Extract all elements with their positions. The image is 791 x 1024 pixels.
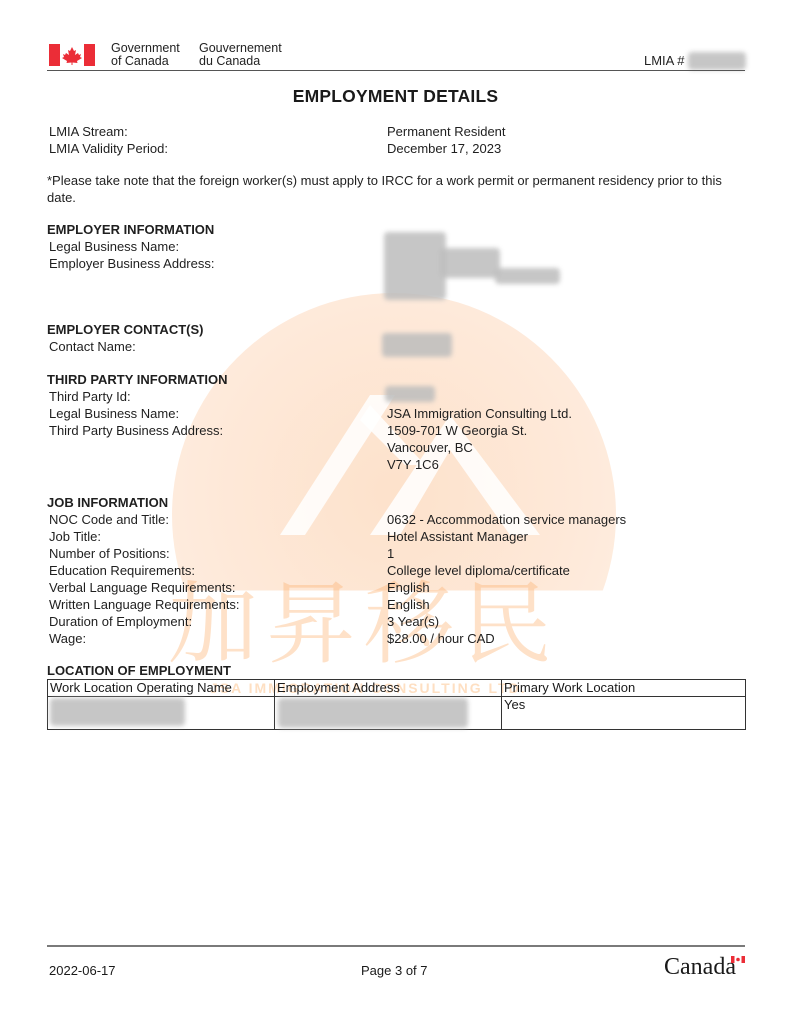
employer-address-label: Employer Business Address: — [49, 255, 214, 272]
job-field-value: 0632 - Accommodation service managers — [387, 511, 626, 528]
job-field-value: English — [387, 596, 430, 613]
page-number: Page 3 of 7 — [361, 963, 428, 978]
third-party-id-label: Third Party Id: — [49, 388, 131, 405]
employer-legal-name-label: Legal Business Name: — [49, 238, 179, 255]
third-party-address-line: Vancouver, BC — [387, 439, 473, 456]
redacted-employer-info-2 — [440, 248, 500, 278]
header-divider — [47, 70, 745, 71]
lmia-number-label: LMIA # — [644, 53, 684, 68]
third-party-address-label: Third Party Business Address: — [49, 422, 223, 439]
table-header-row: Work Location Operating Name Employment … — [48, 680, 746, 697]
validity-value: December 17, 2023 — [387, 140, 501, 157]
stream-value: Permanent Resident — [387, 123, 506, 140]
validity-note: *Please take note that the foreign worke… — [47, 172, 752, 206]
gov-fr-line2: du Canada — [199, 55, 282, 68]
job-field-label: Education Requirements: — [49, 562, 195, 579]
redacted-contact-name — [382, 333, 452, 357]
job-info-heading: JOB INFORMATION — [47, 494, 168, 511]
redacted-employer-info-3 — [495, 268, 560, 284]
job-field-label: Written Language Requirements: — [49, 596, 240, 613]
third-party-address-line: V7Y 1C6 — [387, 456, 439, 473]
job-field-label: Duration of Employment: — [49, 613, 192, 630]
job-field-label: Job Title: — [49, 528, 101, 545]
validity-label: LMIA Validity Period: — [49, 140, 168, 157]
job-field-value: College level diploma/certificate — [387, 562, 570, 579]
job-field-value: English — [387, 579, 430, 596]
location-heading: LOCATION OF EMPLOYMENT — [47, 662, 231, 679]
job-field-label: NOC Code and Title: — [49, 511, 169, 528]
job-field-value: $28.00 / hour CAD — [387, 630, 495, 647]
cell-primary-location: Yes — [502, 697, 746, 730]
redacted-operating-name — [50, 698, 185, 726]
gov-en-line2: of Canada — [111, 55, 180, 68]
job-field-value: 1 — [387, 545, 394, 562]
stream-label: LMIA Stream: — [49, 123, 128, 140]
gov-signature-en: Government of Canada — [111, 42, 180, 68]
column-header-primary-location: Primary Work Location — [502, 680, 746, 697]
third-party-heading: THIRD PARTY INFORMATION — [47, 371, 228, 388]
redacted-employer-info — [384, 232, 446, 300]
footer-date: 2022-06-17 — [49, 963, 116, 978]
redacted-third-party-id — [385, 386, 435, 402]
employer-contacts-heading: EMPLOYER CONTACT(S) — [47, 321, 203, 338]
redacted-employment-address — [278, 698, 468, 728]
footer-divider — [47, 945, 745, 947]
job-field-label: Verbal Language Requirements: — [49, 579, 235, 596]
column-header-employment-address: Employment Address — [275, 680, 502, 697]
third-party-address-line: 1509-701 W Georgia St. — [387, 422, 527, 439]
gov-signature-fr: Gouvernement du Canada — [199, 42, 282, 68]
third-party-legal-name-value: JSA Immigration Consulting Ltd. — [387, 405, 572, 422]
job-field-value: Hotel Assistant Manager — [387, 528, 528, 545]
canada-flag-icon — [49, 44, 95, 66]
job-field-label: Number of Positions: — [49, 545, 170, 562]
contact-name-label: Contact Name: — [49, 338, 136, 355]
redacted-lmia-number — [688, 52, 746, 70]
canada-wordmark-flag-icon — [731, 956, 745, 963]
third-party-legal-name-label: Legal Business Name: — [49, 405, 179, 422]
job-field-value: 3 Year(s) — [387, 613, 439, 630]
page-title: EMPLOYMENT DETAILS — [0, 86, 791, 107]
job-field-label: Wage: — [49, 630, 86, 647]
column-header-operating-name: Work Location Operating Name — [48, 680, 275, 697]
employer-info-heading: EMPLOYER INFORMATION — [47, 221, 214, 238]
canada-wordmark: Canada — [664, 954, 736, 981]
